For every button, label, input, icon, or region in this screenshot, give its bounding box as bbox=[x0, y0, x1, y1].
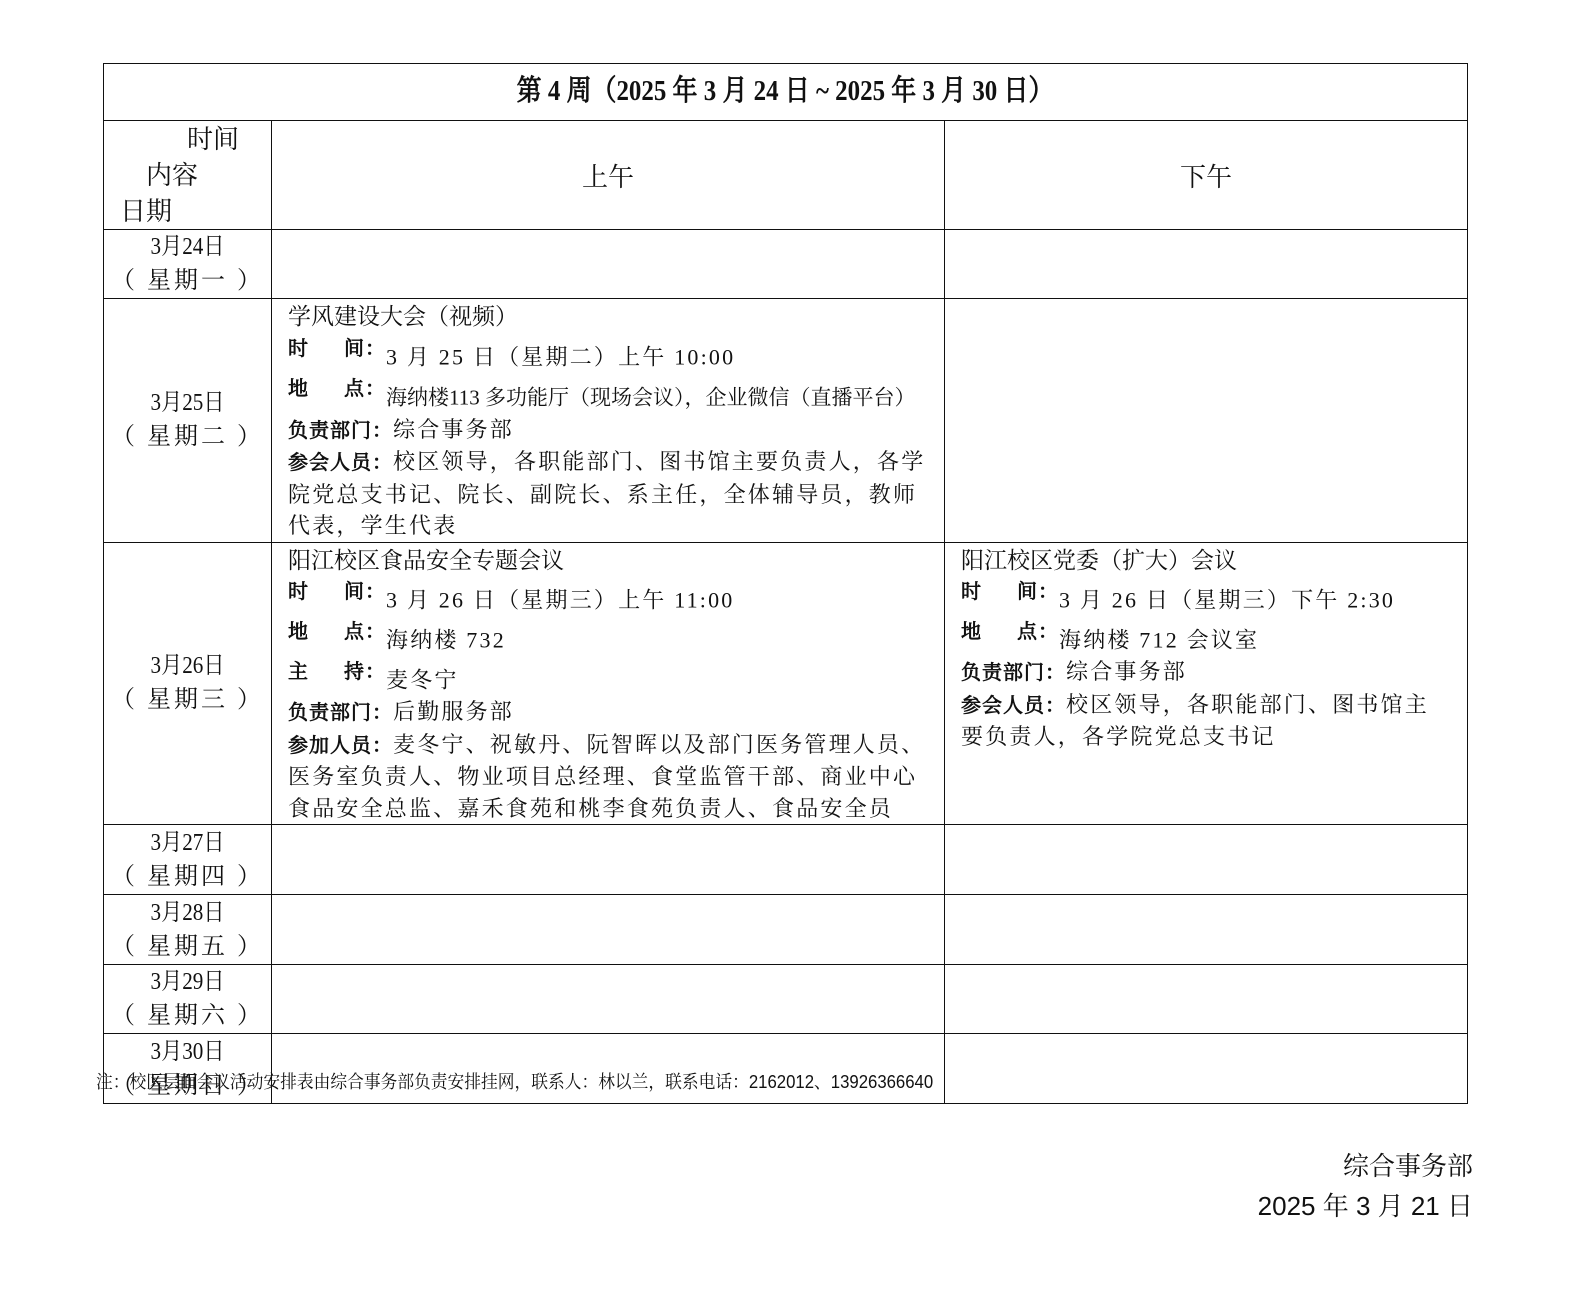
date-cell: 3月27日 （ 星期四 ） bbox=[104, 825, 272, 895]
event-time: 3 月 25 日（星期二）上午 10:00 bbox=[386, 344, 735, 369]
date-label: 3月27日 bbox=[114, 826, 261, 860]
afternoon-cell bbox=[945, 230, 1468, 299]
corner-header-cell: 时间 内容 日期 bbox=[104, 121, 272, 230]
date-cell: 3月25日 （ 星期二 ） bbox=[104, 299, 272, 543]
dept-label: 负责部门： bbox=[288, 418, 393, 442]
weekday-label: （ 星期二 ） bbox=[104, 420, 271, 454]
event-place: 海纳楼113 多功能厅（现场会议），企业微信（直播平台） bbox=[386, 385, 915, 409]
table-row: 3月27日 （ 星期四 ） bbox=[104, 825, 1468, 895]
date-label: 3月30日 bbox=[114, 1035, 261, 1069]
place-label: 地点： bbox=[288, 373, 386, 405]
time-label: 时间： bbox=[288, 333, 386, 365]
schedule-table: 第 4 周（2025 年 3 月 24 日 ~ 2025 年 3 月 30 日）… bbox=[103, 63, 1468, 1104]
date-label: 3月24日 bbox=[114, 230, 261, 264]
weekday-label: （ 星期四 ） bbox=[104, 860, 271, 894]
signature-department: 综合事务部 bbox=[1343, 1146, 1473, 1183]
table-row: 3月26日 （ 星期三 ） 阳江校区食品安全专题会议 时间：3 月 26 日（星… bbox=[104, 542, 1468, 825]
event-dept-line: 负责部门：后勤服务部 bbox=[288, 696, 930, 729]
event-place: 海纳楼 712 会议室 bbox=[1059, 628, 1259, 653]
event-title: 阳江校区党委（扩大）会议 bbox=[961, 545, 1453, 577]
attendees-label: 参加人员： bbox=[288, 733, 393, 757]
morning-cell: 学风建设大会（视频） 时间：3 月 25 日（星期二）上午 10:00 地点：海… bbox=[272, 299, 945, 543]
event-time: 3 月 26 日（星期三）上午 11:00 bbox=[386, 588, 735, 613]
dept-label: 负责部门： bbox=[961, 660, 1066, 684]
afternoon-cell: 阳江校区党委（扩大）会议 时间：3 月 26 日（星期三）下午 2:30 地点：… bbox=[945, 542, 1468, 825]
date-label: 3月26日 bbox=[114, 649, 261, 683]
title-row: 第 4 周（2025 年 3 月 24 日 ~ 2025 年 3 月 30 日） bbox=[104, 64, 1468, 121]
table-row: 3月28日 （ 星期五 ） bbox=[104, 895, 1468, 965]
morning-cell bbox=[272, 895, 945, 965]
event-dept: 综合事务部 bbox=[393, 417, 514, 442]
time-label: 时间： bbox=[288, 576, 386, 608]
afternoon-cell bbox=[945, 965, 1468, 1034]
event-title: 阳江校区食品安全专题会议 bbox=[288, 545, 930, 577]
corner-content-label: 内容 bbox=[146, 160, 198, 190]
event-host-line: 主持：麦冬宁 bbox=[288, 656, 930, 696]
place-label: 地点： bbox=[288, 616, 386, 648]
afternoon-cell bbox=[945, 825, 1468, 895]
event-place: 海纳楼 732 bbox=[386, 628, 506, 653]
place-label: 地点： bbox=[961, 616, 1059, 648]
event-title: 学风建设大会（视频） bbox=[288, 301, 930, 333]
date-label: 3月29日 bbox=[114, 965, 261, 999]
afternoon-cell bbox=[945, 1034, 1468, 1104]
morning-column-header: 上午 bbox=[272, 121, 945, 230]
event-time: 3 月 26 日（星期三）下午 2:30 bbox=[1059, 588, 1395, 613]
event-dept: 综合事务部 bbox=[1066, 659, 1187, 684]
event-attendees-line: 参加人员：麦冬宁、祝敏丹、阮智晖以及部门医务管理人员、医务室负责人、物业项目总经… bbox=[288, 729, 930, 825]
corner-date-label: 日期 bbox=[120, 196, 172, 226]
morning-cell bbox=[272, 825, 945, 895]
morning-cell bbox=[272, 965, 945, 1034]
date-label: 3月28日 bbox=[114, 896, 261, 930]
weekday-label: （ 星期三 ） bbox=[104, 683, 271, 717]
table-row: 3月29日 （ 星期六 ） bbox=[104, 965, 1468, 1034]
table-row: 3月24日 （ 星期一 ） bbox=[104, 230, 1468, 299]
event-place-line: 地点：海纳楼 712 会议室 bbox=[961, 616, 1453, 656]
weekday-label: （ 星期五 ） bbox=[104, 930, 271, 964]
host-label: 主持： bbox=[288, 656, 386, 688]
corner-time-label: 时间 bbox=[187, 124, 239, 154]
event-time-line: 时间：3 月 26 日（星期三）下午 2:30 bbox=[961, 576, 1453, 616]
event-attendees-line: 参会人员：校区领导，各职能部门、图书馆主要负责人，各学院党总支书记 bbox=[961, 689, 1453, 753]
afternoon-cell bbox=[945, 299, 1468, 543]
weekday-label: （ 星期一 ） bbox=[104, 264, 271, 298]
date-cell: 3月29日 （ 星期六 ） bbox=[104, 965, 272, 1034]
table-row: 3月25日 （ 星期二 ） 学风建设大会（视频） 时间：3 月 25 日（星期二… bbox=[104, 299, 1468, 543]
event-place-line: 地点：海纳楼113 多功能厅（现场会议），企业微信（直播平台） bbox=[288, 373, 930, 414]
footnote: 注：校区层面会议活动安排表由综合事务部负责安排挂网，联系人：林以兰，联系电话：2… bbox=[96, 1068, 933, 1094]
event-dept: 后勤服务部 bbox=[393, 699, 514, 724]
event-time-line: 时间：3 月 25 日（星期二）上午 10:00 bbox=[288, 333, 930, 373]
time-label: 时间： bbox=[961, 576, 1059, 608]
title-cell: 第 4 周（2025 年 3 月 24 日 ~ 2025 年 3 月 30 日） bbox=[104, 64, 1468, 121]
dept-label: 负责部门： bbox=[288, 700, 393, 724]
event-time-line: 时间：3 月 26 日（星期三）上午 11:00 bbox=[288, 576, 930, 616]
afternoon-column-header: 下午 bbox=[945, 121, 1468, 230]
morning-cell: 阳江校区食品安全专题会议 时间：3 月 26 日（星期三）上午 11:00 地点… bbox=[272, 542, 945, 825]
date-cell: 3月26日 （ 星期三 ） bbox=[104, 542, 272, 825]
page-title: 第 4 周（2025 年 3 月 24 日 ~ 2025 年 3 月 30 日） bbox=[517, 68, 1054, 109]
attendees-label: 参会人员： bbox=[288, 450, 393, 474]
event-host: 麦冬宁 bbox=[386, 668, 459, 693]
attendees-label: 参会人员： bbox=[961, 693, 1066, 717]
event-dept-line: 负责部门：综合事务部 bbox=[961, 656, 1453, 689]
event-attendees-line: 参会人员：校区领导，各职能部门、图书馆主要负责人，各学院党总支书记、院长、副院长… bbox=[288, 446, 930, 542]
afternoon-cell bbox=[945, 895, 1468, 965]
event-dept-line: 负责部门：综合事务部 bbox=[288, 414, 930, 447]
date-cell: 3月24日 （ 星期一 ） bbox=[104, 230, 272, 299]
morning-cell bbox=[272, 230, 945, 299]
signature-date: 2025 年 3 月 21 日 bbox=[1258, 1186, 1473, 1223]
date-label: 3月25日 bbox=[114, 386, 261, 420]
date-cell: 3月28日 （ 星期五 ） bbox=[104, 895, 272, 965]
weekday-label: （ 星期六 ） bbox=[104, 999, 271, 1033]
header-row: 时间 内容 日期 上午 下午 bbox=[104, 121, 1468, 230]
event-place-line: 地点：海纳楼 732 bbox=[288, 616, 930, 656]
